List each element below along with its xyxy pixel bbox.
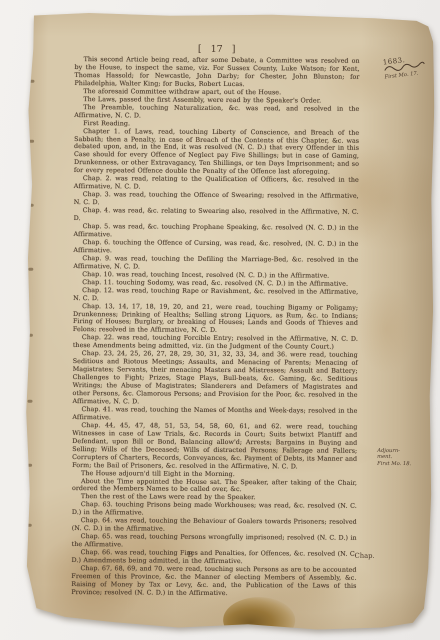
paragraph: Chap. 41. was read, touching the Names o… — [72, 406, 357, 424]
paragraph: Chap. 67, 68, 69, and 70. were read, tou… — [71, 565, 356, 599]
stitch-mark — [29, 80, 34, 83]
paragraph: Chap. 6. touching the Offence of Cursing… — [73, 239, 358, 257]
margin-line: First Mo. 18. — [377, 460, 437, 467]
stitch-mark — [29, 204, 34, 207]
photo-backdrop: [ 17 ] This second Article being read, a… — [0, 0, 440, 640]
catchword: Chap. — [355, 552, 375, 560]
paragraph: Chap. 12. was read, touching Rape or Rav… — [73, 287, 358, 305]
document-page: [ 17 ] This second Article being read, a… — [24, 12, 435, 630]
paragraph: The Preamble, touching Naturalization, &… — [74, 104, 359, 122]
page-text: This second Article being read, after so… — [71, 56, 359, 599]
paragraph: Chap. 44, 45, 47, 48, 51, 53, 54, 58, 60… — [72, 422, 357, 471]
margin-note-date: 1683. First Mo. 17. — [383, 53, 440, 81]
stitch-mark — [28, 268, 33, 271]
paragraph: Chap. 3. was read, touching the Offence … — [74, 191, 359, 209]
page-number-header: [ 17 ] — [75, 43, 359, 56]
signature-mark: B — [188, 550, 194, 559]
ink-blot-stain — [223, 597, 295, 640]
stitch-mark — [27, 464, 32, 467]
bracket-open: [ — [198, 44, 202, 55]
margin-note-adjournment: Adjourn- ment. First Mo. 18. — [377, 448, 437, 467]
stitch-mark — [27, 524, 32, 527]
paragraph: Chap. 23, 24, 25, 26, 27, 28, 29, 30, 31… — [72, 350, 357, 407]
foxing-stain — [356, 284, 417, 374]
paragraph: Chap. 5. was read, &c. touching Prophane… — [73, 223, 358, 241]
paragraph: Chap. 13, 14, 17, 18, 19, 20, and 21, we… — [73, 303, 358, 337]
paragraph: Chap. 9. was read, touching the Defiling… — [73, 255, 358, 273]
paragraph: Chap. 4. was read, &c. relating to Swear… — [74, 207, 359, 225]
paper-shadow-wrap: [ 17 ] This second Article being read, a… — [0, 0, 440, 640]
stitch-mark — [27, 400, 32, 403]
stitch-mark — [28, 334, 33, 337]
paragraph: Chapter 1. of Laws, read, touching Liber… — [74, 128, 359, 177]
bracket-close: ] — [232, 44, 236, 55]
page-number: 17 — [211, 44, 223, 55]
paragraph: Chap. 65. was read, touching Persons wro… — [72, 533, 357, 551]
paragraph: This second Article being read, after so… — [74, 56, 359, 90]
stitch-mark — [29, 140, 34, 143]
paragraph: Chap. 66. was read, touching Fines and P… — [72, 549, 357, 567]
